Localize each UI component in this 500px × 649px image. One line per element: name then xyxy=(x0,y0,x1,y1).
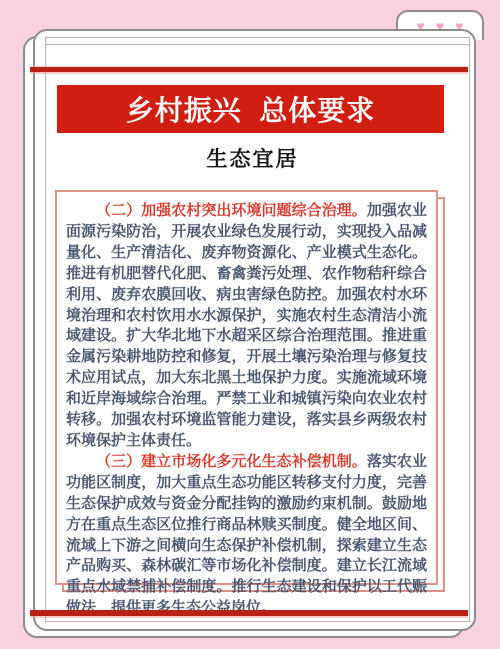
main-card: 乡村振兴 总体要求 生态宜居 （二）加强农村突出环境问题综合治理。加强农业面源污… xyxy=(33,29,476,631)
poster-background: ♥ ♥ ♥ 乡村振兴 总体要求 生态宜居 （二）加强农村突出环境问题综合治理。加… xyxy=(0,0,500,649)
paragraph-section-2-lead: （二）加强农村突出环境问题综合治理。 xyxy=(96,201,367,219)
paragraph-section-2: （二）加强农村突出环境问题综合治理。加强农业面源污染防治，开展农业绿色发展行动，… xyxy=(66,200,427,451)
paragraph-section-2-body: 加强农业面源污染防治，开展农业绿色发展行动，实现投入品减量化、生产清洁化、废弃物… xyxy=(66,201,427,449)
paragraph-section-3-lead: （三）建立市场化多元化生态补偿机制。 xyxy=(96,452,367,470)
paragraph-section-3-body: 落实农业功能区制度，加大重点生态功能区转移支付力度，完善生态保护成效与资金分配挂… xyxy=(66,452,427,616)
frame-top-band xyxy=(46,38,469,45)
top-divider xyxy=(30,67,468,72)
title-banner: 乡村振兴 总体要求 xyxy=(57,85,444,133)
content-box: （二）加强农村突出环境问题综合治理。加强农业面源污染防治，开展农业绿色发展行动，… xyxy=(55,190,438,585)
subtitle: 生态宜居 xyxy=(35,143,470,173)
page-title: 乡村振兴 总体要求 xyxy=(126,89,376,129)
paragraph-section-3: （三）建立市场化多元化生态补偿机制。落实农业功能区制度，加大重点生态功能区转移支… xyxy=(66,451,427,618)
bottom-divider xyxy=(30,610,468,616)
